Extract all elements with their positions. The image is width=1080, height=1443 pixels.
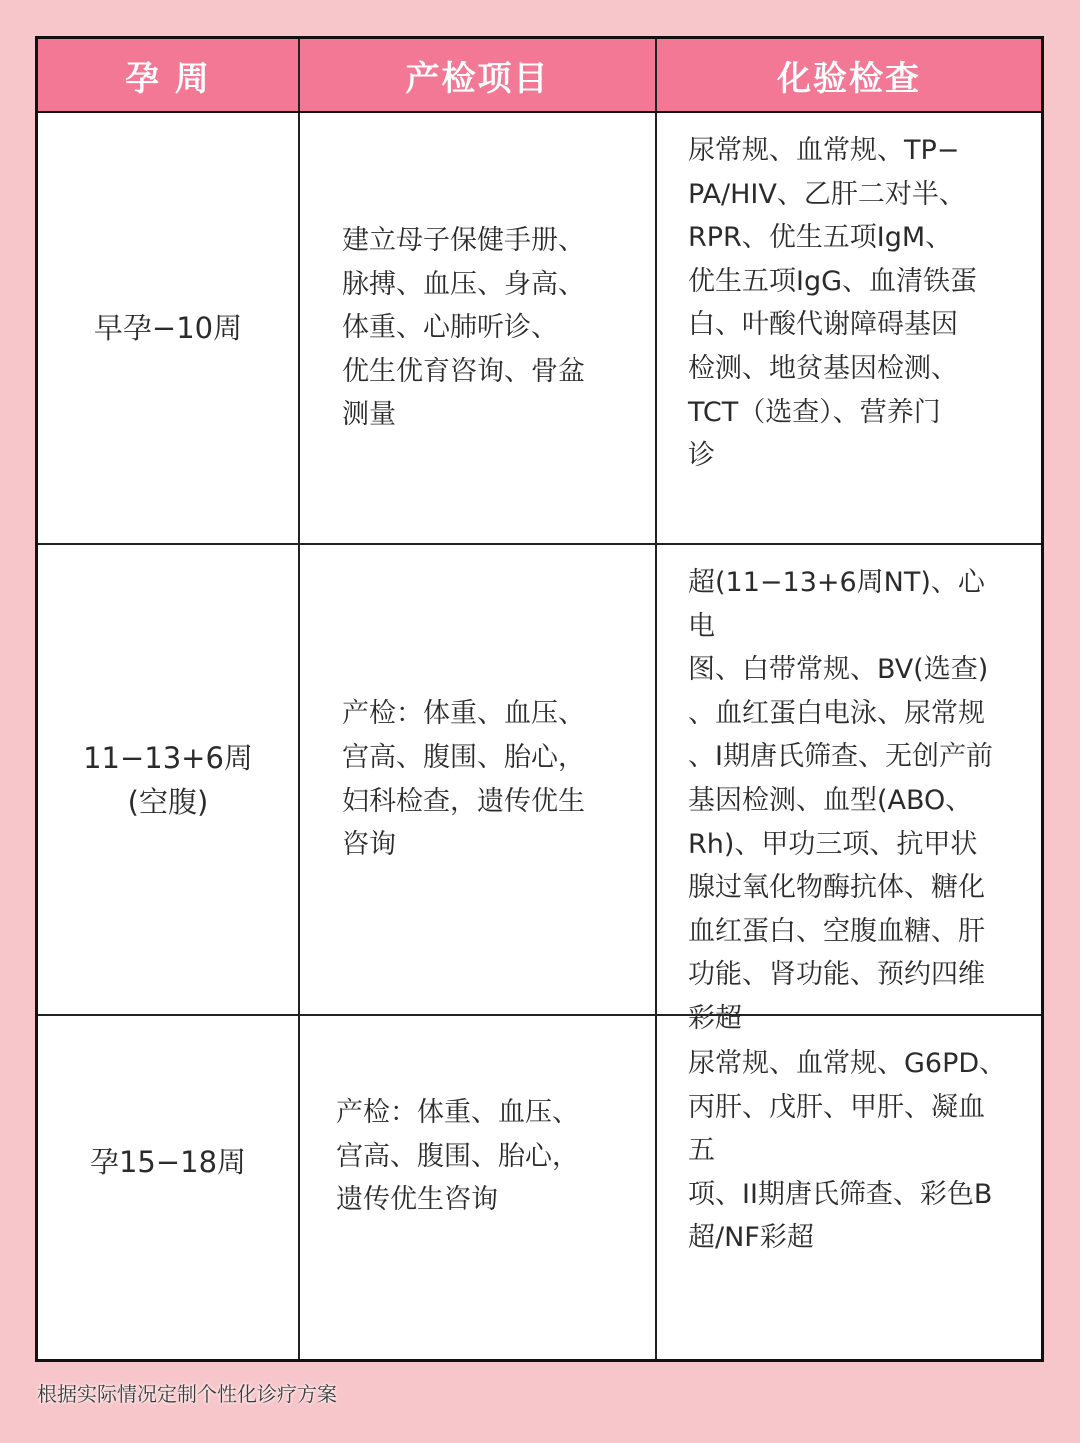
week-text: 11−13+6周 (空腹) <box>83 736 253 824</box>
week-cell: 11−13+6周 (空腹) <box>38 545 300 1014</box>
table-row: 孕15−18周 产检：体重、血压、 宫高、腹围、胎心， 遗传优生咨询 尿常规、血… <box>38 1016 1041 1359</box>
header-lab-tests-label: 化验检查 <box>777 51 921 100</box>
checkup-items-text: 建立母子保健手册、 脉搏、血压、身高、 体重、心肺听诊、 优生优育咨询、骨盆 测… <box>300 219 625 437</box>
footnote-text: 根据实际情况定制个性化诊疗方案 <box>37 1378 337 1407</box>
checkup-items-cell: 产检：体重、血压、 宫高、腹围、胎心， 遗传优生咨询 <box>300 1016 657 1359</box>
table-row: 早孕−10周 建立母子保健手册、 脉搏、血压、身高、 体重、心肺听诊、 优生优育… <box>38 113 1041 545</box>
checkup-items-text: 产检：体重、血压、 宫高、腹围、胎心， 遗传优生咨询 <box>300 1091 619 1222</box>
header-cell-week: 孕 周 <box>38 39 300 111</box>
checkup-items-cell: 建立母子保健手册、 脉搏、血压、身高、 体重、心肺听诊、 优生优育咨询、骨盆 测… <box>300 113 657 543</box>
table-header-row: 孕 周 产检项目 化验检查 <box>38 39 1041 113</box>
header-week-label: 孕 周 <box>125 51 211 100</box>
week-cell: 早孕−10周 <box>38 113 300 543</box>
header-cell-lab-tests: 化验检查 <box>657 39 1041 111</box>
lab-tests-cell: 尿常规、血常规、TP− PA/HIV、乙肝二对半、 RPR、优生五项IgM、 优… <box>657 113 1041 543</box>
lab-tests-text: 尿常规、血常规、G6PD、 丙肝、戊肝、甲肝、凝血五 项、II期唐氏筛查、彩色B… <box>657 1042 1041 1260</box>
checkup-items-cell: 产检：体重、血压、 宫高、腹围、胎心， 妇科检查，遗传优生 咨询 <box>300 545 657 1014</box>
table-row: 11−13+6周 (空腹) 产检：体重、血压、 宫高、腹围、胎心， 妇科检查，遗… <box>38 545 1041 1016</box>
prenatal-checkup-table: 孕 周 产检项目 化验检查 早孕−10周 建立母子保健手册、 脉搏、血压、身高、… <box>35 36 1044 1362</box>
checkup-items-text: 产检：体重、血压、 宫高、腹围、胎心， 妇科检查，遗传优生 咨询 <box>300 692 625 866</box>
lab-tests-cell: 尿常规、血常规、G6PD、 丙肝、戊肝、甲肝、凝血五 项、II期唐氏筛查、彩色B… <box>657 1016 1041 1359</box>
week-text: 早孕−10周 <box>94 306 242 350</box>
week-text: 孕15−18周 <box>90 1140 246 1184</box>
lab-tests-cell: 超(11−13+6周NT)、心电 图、白带常规、BV(选查) 、血红蛋白电泳、尿… <box>657 545 1041 1014</box>
lab-tests-text: 尿常规、血常规、TP− PA/HIV、乙肝二对半、 RPR、优生五项IgM、 优… <box>657 129 1007 478</box>
week-cell: 孕15−18周 <box>38 1016 300 1359</box>
header-cell-checkup-items: 产检项目 <box>300 39 657 111</box>
lab-tests-text: 超(11−13+6周NT)、心电 图、白带常规、BV(选查) 、血红蛋白电泳、尿… <box>657 561 1041 1041</box>
header-checkup-items-label: 产检项目 <box>406 51 550 100</box>
